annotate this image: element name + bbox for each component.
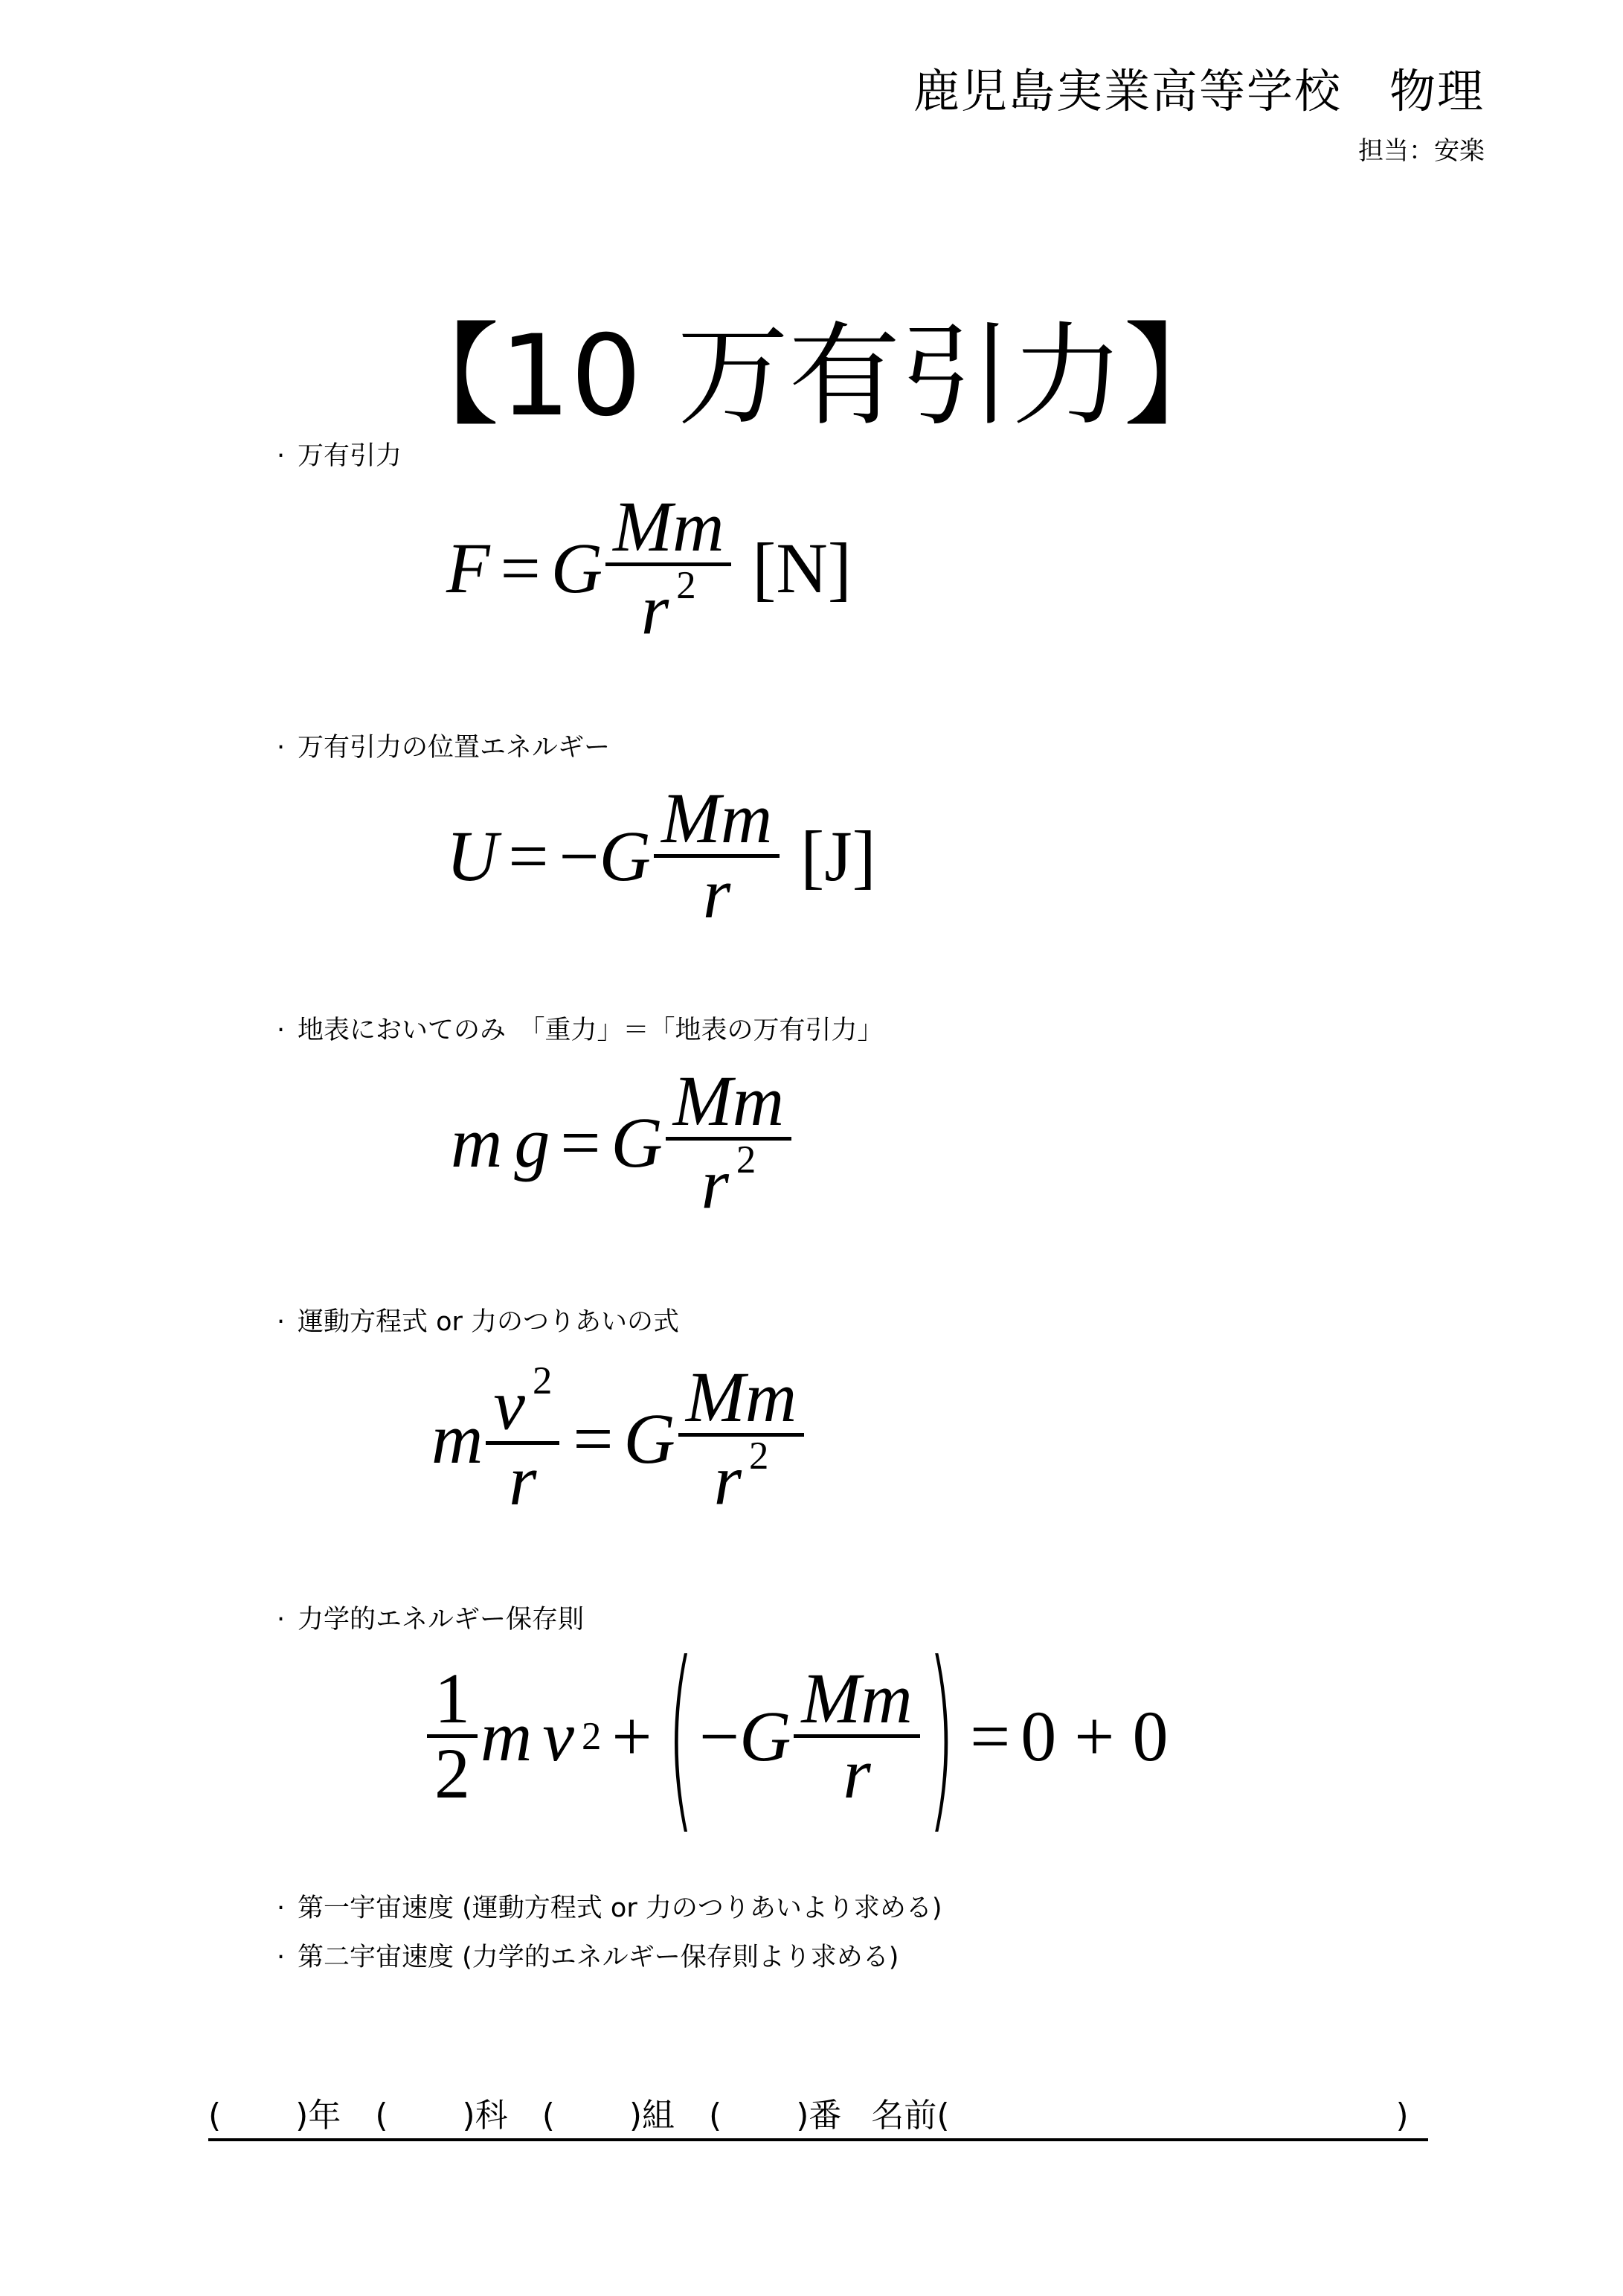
var: G <box>739 1695 791 1777</box>
var: G <box>600 815 651 897</box>
bullet-icon: · <box>277 1896 298 1922</box>
close-paren: ) <box>295 2094 308 2138</box>
numerator: Mm <box>794 1663 919 1734</box>
teacher-label: 担当：安楽 <box>1358 138 1485 164</box>
right-paren: ) <box>928 1620 955 1853</box>
var: G <box>611 1101 662 1184</box>
equals: = <box>560 1101 600 1184</box>
note-second-cosmic-velocity: ·第二宇宙速度 (力学的エネルギー保存則より求める) <box>277 1945 899 1971</box>
exponent: 2 <box>582 1714 601 1759</box>
bullet-icon: · <box>277 1309 298 1335</box>
bullet-icon: · <box>277 443 298 469</box>
var: m <box>481 1695 532 1777</box>
minus: − <box>559 815 599 897</box>
equals: = <box>573 1397 613 1480</box>
numerator: 1 <box>427 1663 478 1734</box>
fraction: Mm r2 <box>605 491 731 646</box>
page-title: 【10 万有引力】 <box>0 321 1623 432</box>
fraction: Mm r <box>654 783 780 929</box>
numerator: Mm <box>605 491 731 562</box>
course-label: 科 <box>475 2094 508 2138</box>
left-paren: ( <box>666 1620 694 1853</box>
formula-surface-gravity: m g = G Mm r2 <box>451 1065 794 1220</box>
class-label: 組 <box>642 2094 675 2138</box>
section-heading-surface-gravity: ·地表においてのみ 「重力」＝「地表の万有引力」 <box>277 1018 884 1044</box>
equals: = <box>501 527 541 609</box>
section-heading-equation-of-motion: ·運動方程式 or 力のつりあいの式 <box>277 1309 679 1335</box>
close-paren: ) <box>1396 2094 1409 2138</box>
denominator: r2 <box>707 1437 777 1516</box>
bullet-icon: · <box>277 1945 298 1971</box>
var: v <box>542 1695 574 1777</box>
section-heading-potential-energy: ·万有引力の位置エネルギー <box>277 735 610 761</box>
heading-text: 運動方程式 or 力のつりあいの式 <box>298 1307 679 1337</box>
bullet-icon: · <box>277 1607 298 1633</box>
number-label: 番 <box>809 2094 841 2138</box>
heading-text: 力学的エネルギー保存則 <box>298 1605 584 1635</box>
exponent: 2 <box>676 564 695 607</box>
equals: = <box>508 815 548 897</box>
exponent: 2 <box>749 1434 768 1478</box>
numerator: Mm <box>654 783 780 854</box>
fraction: Mm r2 <box>678 1362 804 1516</box>
note-text: 第二宇宙速度 (力学的エネルギー保存則より求める) <box>298 1943 899 1972</box>
formula-equation-of-motion: m v2 r = G Mm r2 <box>431 1362 807 1516</box>
year-field[interactable]: ()年 <box>208 2094 341 2138</box>
var: m <box>451 1101 502 1184</box>
open-paren: ( <box>709 2094 721 2138</box>
equals: = <box>970 1695 1010 1777</box>
var: G <box>623 1397 675 1480</box>
open-paren: ( <box>375 2094 388 2138</box>
var: m <box>431 1397 483 1480</box>
numerator: Mm <box>666 1065 791 1137</box>
number-field[interactable]: ()番 <box>709 2094 841 2138</box>
fraction-half: 1 2 <box>427 1663 478 1809</box>
open-paren: ( <box>936 2094 949 2138</box>
fraction: v2 r <box>486 1362 559 1516</box>
unit: [J] <box>800 815 875 897</box>
var: r <box>641 570 669 650</box>
formula-gravitation: F = G Mm r2 [N] <box>446 491 852 646</box>
name-field[interactable]: 名前() <box>871 2094 1408 2138</box>
var: G <box>551 527 602 609</box>
year-label: 年 <box>308 2094 341 2138</box>
class-field[interactable]: ()組 <box>542 2094 675 2138</box>
var: v <box>493 1365 525 1445</box>
heading-text: 万有引力 <box>298 441 402 471</box>
close-paren: ) <box>629 2094 642 2138</box>
numerator: v2 <box>486 1362 559 1441</box>
fraction: Mm r <box>794 1663 919 1809</box>
exponent: 2 <box>533 1359 552 1402</box>
open-paren: ( <box>542 2094 555 2138</box>
denominator: r <box>835 1738 878 1809</box>
var: r <box>701 1144 729 1224</box>
var: r <box>714 1440 742 1520</box>
minus: − <box>699 1695 739 1777</box>
denominator: r <box>695 858 738 929</box>
student-info-line: ()年 ()科 ()組 ()番 名前() <box>208 2094 1428 2141</box>
denominator: r2 <box>694 1141 764 1220</box>
close-paren: ) <box>463 2094 475 2138</box>
formula-energy-conservation: 1 2 m v 2 + ( − G Mm r ) = 0 + 0 <box>424 1663 1168 1809</box>
exponent: 2 <box>736 1138 756 1181</box>
heading-text: 地表においてのみ 「重力」＝「地表の万有引力」 <box>298 1016 884 1045</box>
denominator: 2 <box>427 1738 478 1809</box>
name-label: 名前 <box>871 2094 936 2138</box>
var: g <box>514 1101 550 1184</box>
section-heading-gravitation: ·万有引力 <box>277 443 402 469</box>
section-heading-energy-conservation: ·力学的エネルギー保存則 <box>277 1607 584 1633</box>
denominator: r2 <box>634 566 704 646</box>
bullet-icon: · <box>277 1018 298 1044</box>
note-first-cosmic-velocity: ·第一宇宙速度 (運動方程式 or 力のつりあいより求める) <box>277 1896 942 1922</box>
open-paren: ( <box>208 2094 221 2138</box>
note-text: 第一宇宙速度 (運動方程式 or 力のつりあいより求める) <box>298 1893 942 1923</box>
close-paren: ) <box>796 2094 809 2138</box>
school-subject-header: 鹿児島実業高等学校 物理 <box>913 68 1485 115</box>
fraction: Mm r2 <box>666 1065 791 1220</box>
bullet-icon: · <box>277 735 298 761</box>
heading-text: 万有引力の位置エネルギー <box>298 733 610 763</box>
unit: [N] <box>752 527 851 609</box>
var: U <box>446 815 498 897</box>
var: F <box>446 527 490 609</box>
formula-potential-energy: U = − G Mm r [J] <box>446 783 876 929</box>
plus: + <box>611 1695 652 1777</box>
rhs-value: 0 + 0 <box>1021 1695 1168 1777</box>
denominator: r <box>501 1445 544 1516</box>
course-field[interactable]: ()科 <box>375 2094 507 2138</box>
numerator: Mm <box>678 1362 804 1433</box>
